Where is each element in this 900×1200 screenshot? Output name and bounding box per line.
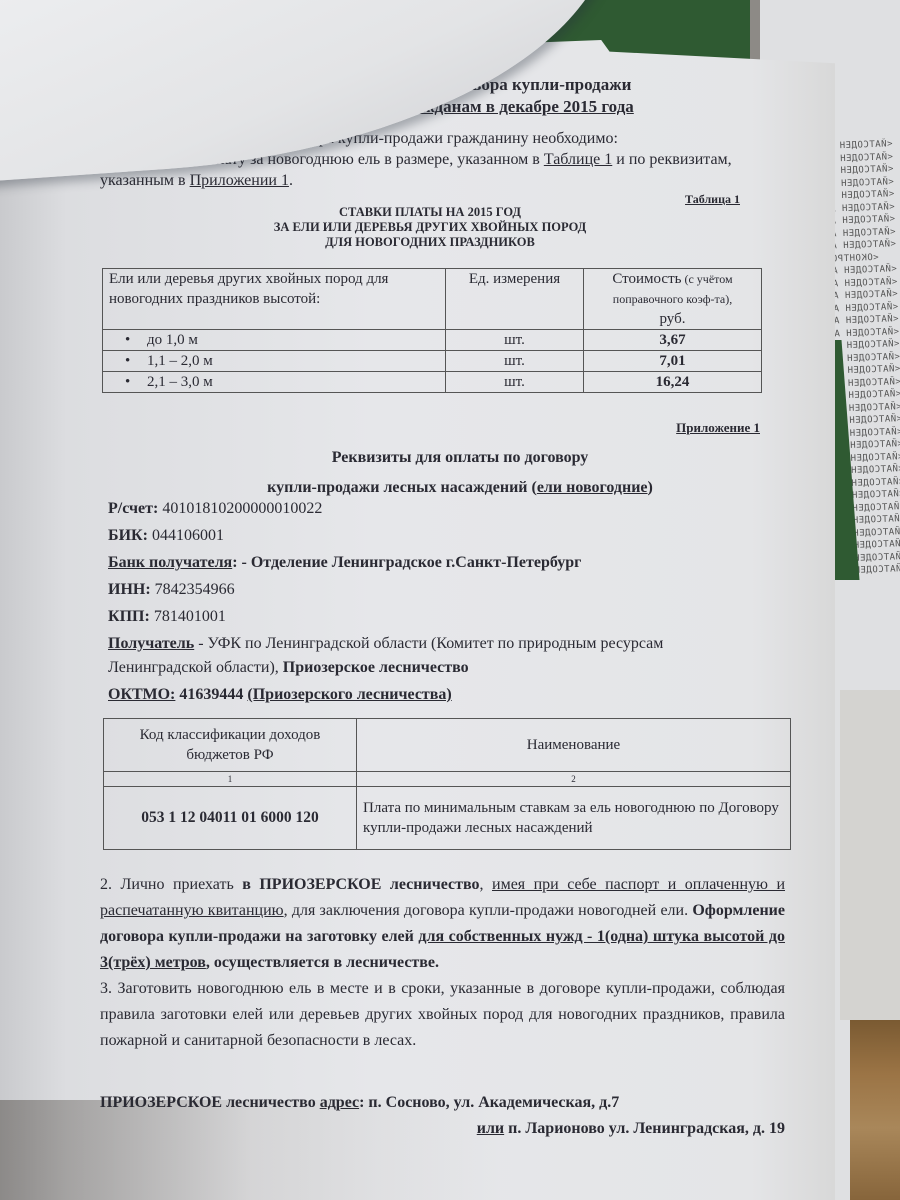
table-row: 053 1 12 04011 01 6000 120 Плата по мини… — [104, 787, 791, 850]
bik-row: БИК: 044106001 — [108, 524, 788, 548]
unit-cell: шт. — [446, 351, 584, 372]
kpp-value: 781401001 — [150, 608, 226, 625]
height-cell: •1,1 – 2,0 м — [103, 351, 446, 372]
header-height: Ели или деревья других хвойных пород для… — [103, 269, 446, 330]
unit-cell: шт. — [446, 330, 584, 351]
table-row: •2,1 – 3,0 м шт. 16,24 — [103, 372, 762, 393]
header-code: Код классификации доходов бюджетов РФ — [104, 719, 357, 772]
rates-title-line: ДЛЯ НОВОГОДНИХ ПРАЗДНИКОВ — [160, 235, 700, 250]
step-3: 3. Заготовить новогоднюю ель в месте и в… — [100, 976, 785, 1054]
table-row: •до 1,0 м шт. 3,67 — [103, 330, 762, 351]
bullet-icon: • — [109, 351, 147, 371]
inn-label: ИНН: — [108, 581, 151, 598]
header-name: Наименование — [357, 719, 791, 772]
requisites-title-text: купли-продажи лесных насаждений ( — [267, 479, 537, 496]
rates-title: СТАВКИ ПЛАТЫ НА 2015 ГОД ЗА ЕЛИ ИЛИ ДЕРЕ… — [160, 205, 700, 250]
address-or: или — [477, 1120, 504, 1137]
height-value: 1,1 – 2,0 м — [147, 353, 213, 369]
step-2-end: , осуществляется в лесничестве. — [206, 954, 439, 971]
bik-value: 044106001 — [148, 527, 224, 544]
cost-cell: 16,24 — [584, 372, 762, 393]
address-1: : п. Сосново, ул. Академическая, д.7 — [359, 1094, 619, 1111]
column-number: 2 — [357, 772, 791, 787]
appendix-1-label: Приложение 1 — [600, 420, 760, 436]
inn-value: 7842354966 — [151, 581, 235, 598]
budget-code-name: Плата по минимальным ставкам за ель ново… — [357, 787, 791, 850]
address-label: адрес — [320, 1094, 359, 1111]
rates-table: Ели или деревья других хвойных пород для… — [102, 268, 762, 393]
oktmo-row: ОКТМО: 41639444 (Приозерского лесничеств… — [108, 683, 788, 707]
step-2-text: 2. Лично приехать — [100, 876, 242, 893]
account-label: Р/счет: — [108, 500, 158, 517]
step-2-sep: , — [480, 876, 492, 893]
rates-header-row: Ели или деревья других хвойных пород для… — [103, 269, 762, 330]
requisites-title-underlined: ели новогодние — [537, 479, 648, 496]
step-2: 2. Лично приехать в ПРИОЗЕРСКОЕ лесничес… — [100, 872, 785, 976]
kbk-number-row: 1 2 — [104, 772, 791, 787]
oktmo-label: ОКТМО: — [108, 686, 175, 703]
requisites-title-suffix: ) — [648, 479, 653, 496]
rates-title-line: ЗА ЕЛИ ИЛИ ДЕРЕВЬЯ ДРУГИХ ХВОЙНЫХ ПОРОД — [160, 220, 700, 235]
oktmo-note: (Приозерского лесничества) — [247, 686, 451, 703]
account-value: 40101810200000010022 — [158, 500, 322, 517]
address-org: ПРИОЗЕРСКОЕ лесничество — [100, 1094, 320, 1111]
bank-value: : - Отделение Ленинградское г.Санкт-Пете… — [232, 554, 581, 571]
bik-label: БИК: — [108, 527, 148, 544]
bank-row: Банк получателя: - Отделение Ленинградск… — [108, 551, 788, 575]
cost-cell: 7,01 — [584, 351, 762, 372]
header-cost: Стоимость (с учётом поправочного коэф-та… — [584, 269, 762, 330]
kbk-header-row: Код классификации доходов бюджетов РФ На… — [104, 719, 791, 772]
header-unit: Ед. измерения — [446, 269, 584, 330]
account-row: Р/счет: 40101810200000010022 — [108, 497, 788, 521]
cost-label: Стоимость — [612, 271, 681, 287]
kpp-label: КПП: — [108, 608, 150, 625]
forestry-address: ПРИОЗЕРСКОЕ лесничество адрес: п. Соснов… — [100, 1090, 785, 1142]
budget-code-table: Код классификации доходов бюджетов РФ На… — [103, 718, 791, 850]
requisites-title: Реквизиты для оплаты по договору купли-п… — [160, 443, 760, 503]
height-value: до 1,0 м — [147, 332, 198, 348]
height-cell: •2,1 – 3,0 м — [103, 372, 446, 393]
recipient-label: Получатель — [108, 635, 194, 652]
height-value: 2,1 – 3,0 м — [147, 374, 213, 390]
step-2-forestry: в ПРИОЗЕРСКОЕ лесничество — [242, 876, 479, 893]
bank-label: Банк получателя — [108, 554, 232, 571]
height-cell: •до 1,0 м — [103, 330, 446, 351]
cost-cell: 3,67 — [584, 330, 762, 351]
table-1-reference: Таблице 1 — [544, 151, 612, 168]
step-2-purpose: , для заключения договора купли-продажи … — [284, 902, 693, 919]
address-line-1: ПРИОЗЕРСКОЕ лесничество адрес: п. Соснов… — [100, 1090, 785, 1116]
address-line-2: или п. Ларионово ул. Ленинградская, д. 1… — [100, 1116, 785, 1142]
cost-unit: руб. — [660, 311, 686, 327]
inn-row: ИНН: 7842354966 — [108, 578, 788, 602]
recipient-forestry: Приозерское лесничество — [283, 659, 469, 676]
bullet-icon: • — [109, 372, 147, 392]
appendix-1-reference: Приложении 1 — [190, 172, 289, 189]
oktmo-value: 41639444 — [175, 686, 247, 703]
bullet-icon: • — [109, 330, 147, 350]
budget-code: 053 1 12 04011 01 6000 120 — [104, 787, 357, 850]
kpp-row: КПП: 781401001 — [108, 605, 788, 629]
steps: 2. Лично приехать в ПРИОЗЕРСКОЕ лесничес… — [100, 872, 785, 1054]
column-number: 1 — [104, 772, 357, 787]
document-content: Порядок оформления договора купли-продаж… — [0, 0, 835, 1200]
wooden-surface — [850, 1020, 900, 1200]
table-row: •1,1 – 2,0 м шт. 7,01 — [103, 351, 762, 372]
address-2: п. Ларионово ул. Ленинградская, д. 19 — [504, 1120, 785, 1137]
requisites: Р/счет: 40101810200000010022 БИК: 044106… — [108, 497, 788, 710]
recipient-row: Получатель - УФК по Ленинградской област… — [108, 632, 728, 680]
step-1-end: . — [289, 172, 293, 189]
rates-title-line: СТАВКИ ПЛАТЫ НА 2015 ГОД — [160, 205, 700, 220]
unit-cell: шт. — [446, 372, 584, 393]
requisites-title-line-1: Реквизиты для оплаты по договору — [160, 443, 760, 473]
wall — [840, 690, 900, 1020]
